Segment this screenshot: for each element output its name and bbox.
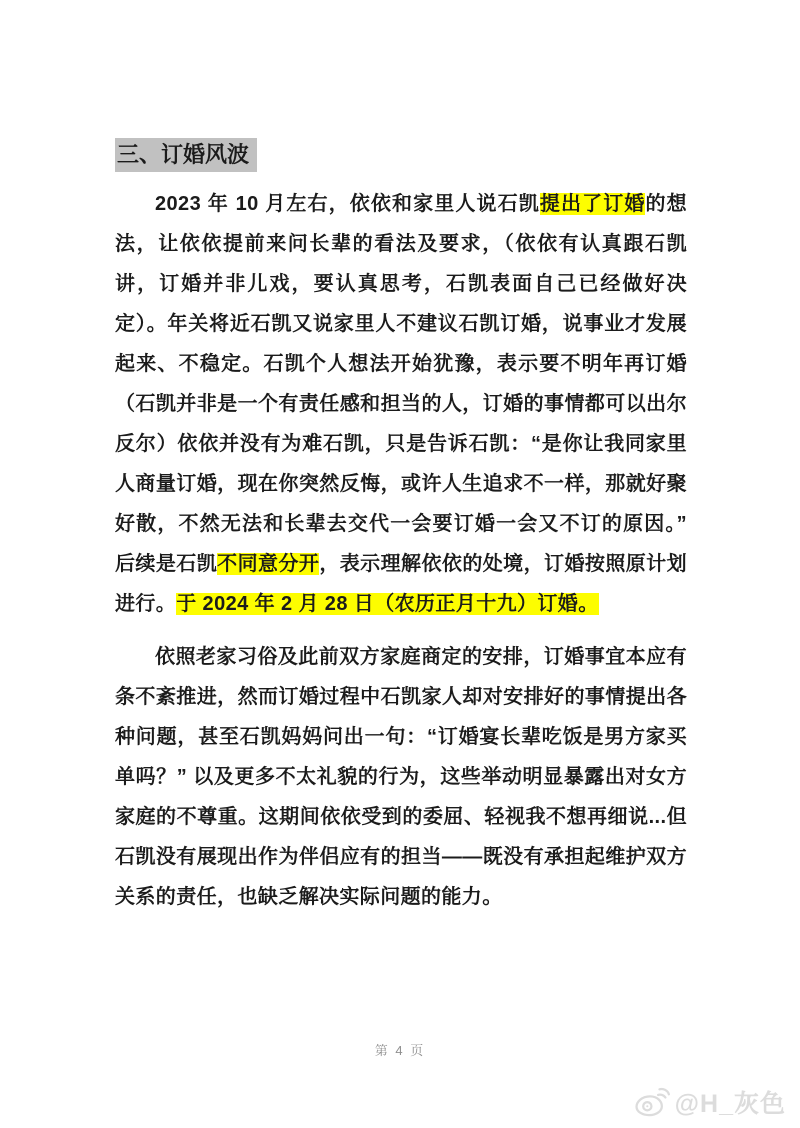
paragraph: 2023 年 10 月左右，依依和家里人说石凯提出了订婚的想法，让依依提前来问长… xyxy=(115,184,687,624)
highlighted-text: 于 2024 年 2 月 28 日（农历正月十九）订婚。 xyxy=(176,593,598,615)
text-run: 的想法，让依依提前来问长辈的看法及要求，（依依有认真跟石凯讲，订婚并非儿戏，要认… xyxy=(115,193,687,575)
paragraph: 依照老家习俗及此前双方家庭商定的安排，订婚事宜本应有条不紊推进，然而订婚过程中石… xyxy=(115,637,687,917)
watermark-handle: @H_灰色 xyxy=(675,1084,786,1120)
weibo-logo-icon xyxy=(634,1087,670,1117)
section-heading: 三、订婚风波 xyxy=(115,138,257,172)
text-run: 2023 年 10 月左右，依依和家里人说石凯 xyxy=(155,193,540,215)
highlighted-text: 不同意分开 xyxy=(217,553,319,575)
watermark: @H_灰色 xyxy=(634,1084,786,1120)
text-run: 依照老家习俗及此前双方家庭商定的安排，订婚事宜本应有条不紊推进，然而订婚过程中石… xyxy=(115,646,687,908)
document-body: 2023 年 10 月左右，依依和家里人说石凯提出了订婚的想法，让依依提前来问长… xyxy=(115,184,687,917)
highlighted-text: 提出了订婚 xyxy=(540,193,646,215)
page-number: 第 4 页 xyxy=(0,1040,800,1059)
document-page: 三、订婚风波 2023 年 10 月左右，依依和家里人说石凯提出了订婚的想法，让… xyxy=(0,0,800,1128)
document-content: 三、订婚风波 2023 年 10 月左右，依依和家里人说石凯提出了订婚的想法，让… xyxy=(115,138,687,930)
